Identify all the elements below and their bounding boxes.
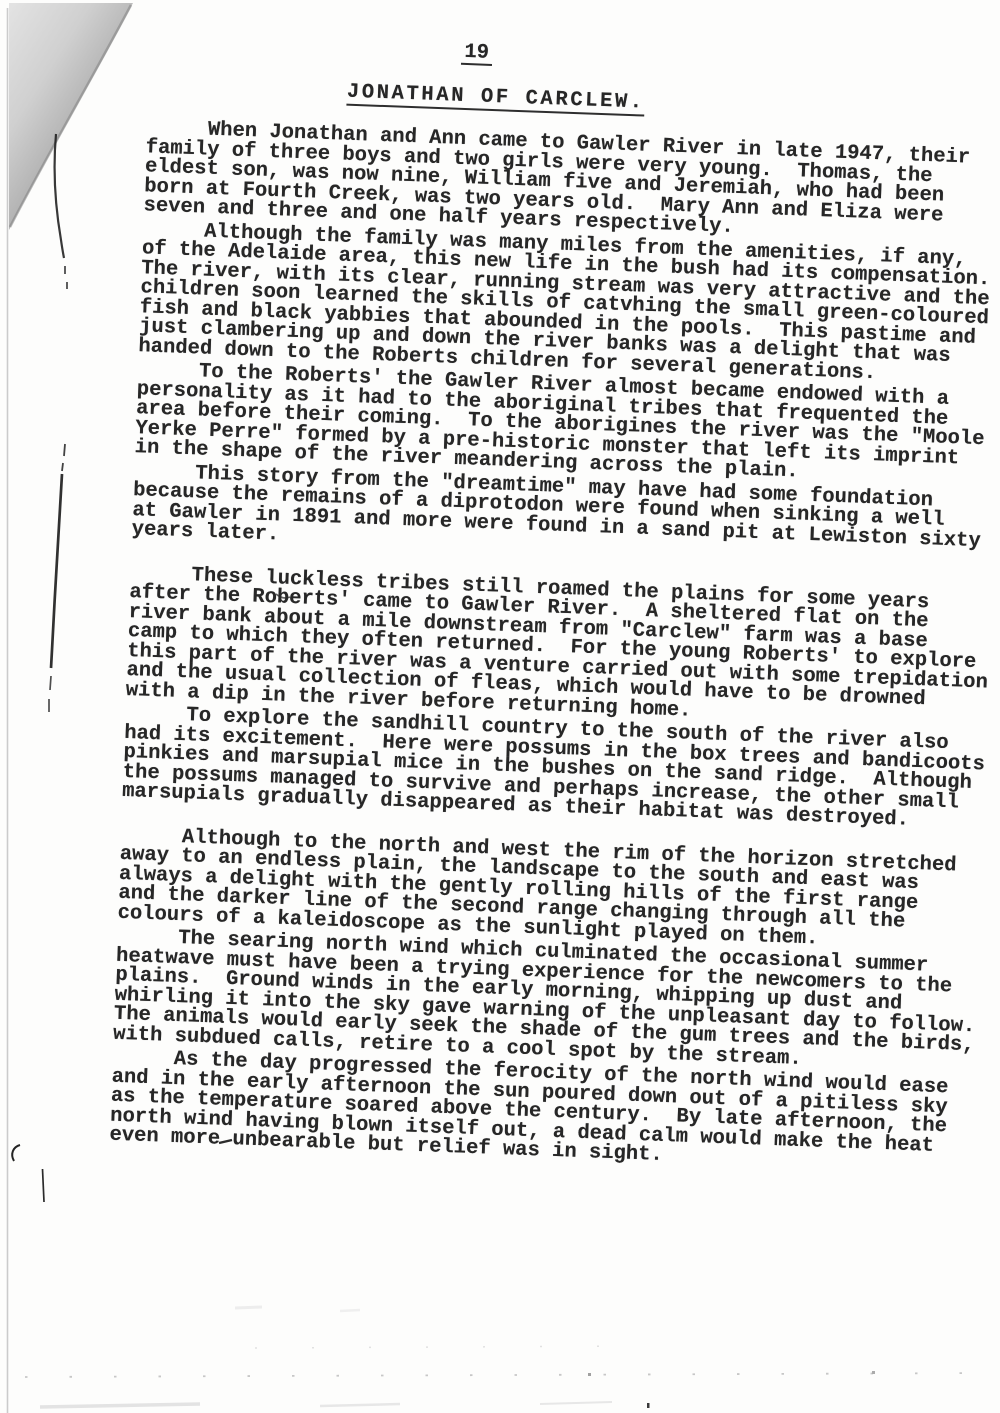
faint-dot-row <box>25 1373 998 1377</box>
scan-streak-left-dashes-bottom <box>49 676 51 712</box>
scan-streak-top-dashes <box>65 266 67 289</box>
bottom-smear-1 <box>40 1404 200 1407</box>
scan-streak-left-dashes-top <box>62 444 65 471</box>
bottom-smear-3 <box>540 1402 612 1404</box>
scanned-page: 19 JONATHAN OF CARCLEW. When Jonathan an… <box>0 0 1000 1413</box>
body-text: When Jonathan and Ann came to Gawler Riv… <box>109 118 1000 1177</box>
dot-speck-2 <box>872 1371 875 1374</box>
dot-speck-1 <box>588 1373 591 1376</box>
page-title: JONATHAN OF CARCLEW. <box>346 83 645 116</box>
hook-mark <box>12 1145 20 1161</box>
page-number: 19 <box>461 43 492 66</box>
bottom-smear-2 <box>320 1404 400 1406</box>
page-content: 19 JONATHAN OF CARCLEW. When Jonathan an… <box>71 30 1000 1178</box>
faint-smudge-2 <box>340 1310 360 1311</box>
scan-streak-left <box>51 474 62 668</box>
dark-fleck <box>647 1403 650 1408</box>
scan-streak-top <box>55 134 64 258</box>
faint-smudge-1 <box>235 1307 262 1308</box>
faint-dot-row-upper <box>255 1346 640 1348</box>
vertical-tick-mark <box>43 1169 45 1202</box>
